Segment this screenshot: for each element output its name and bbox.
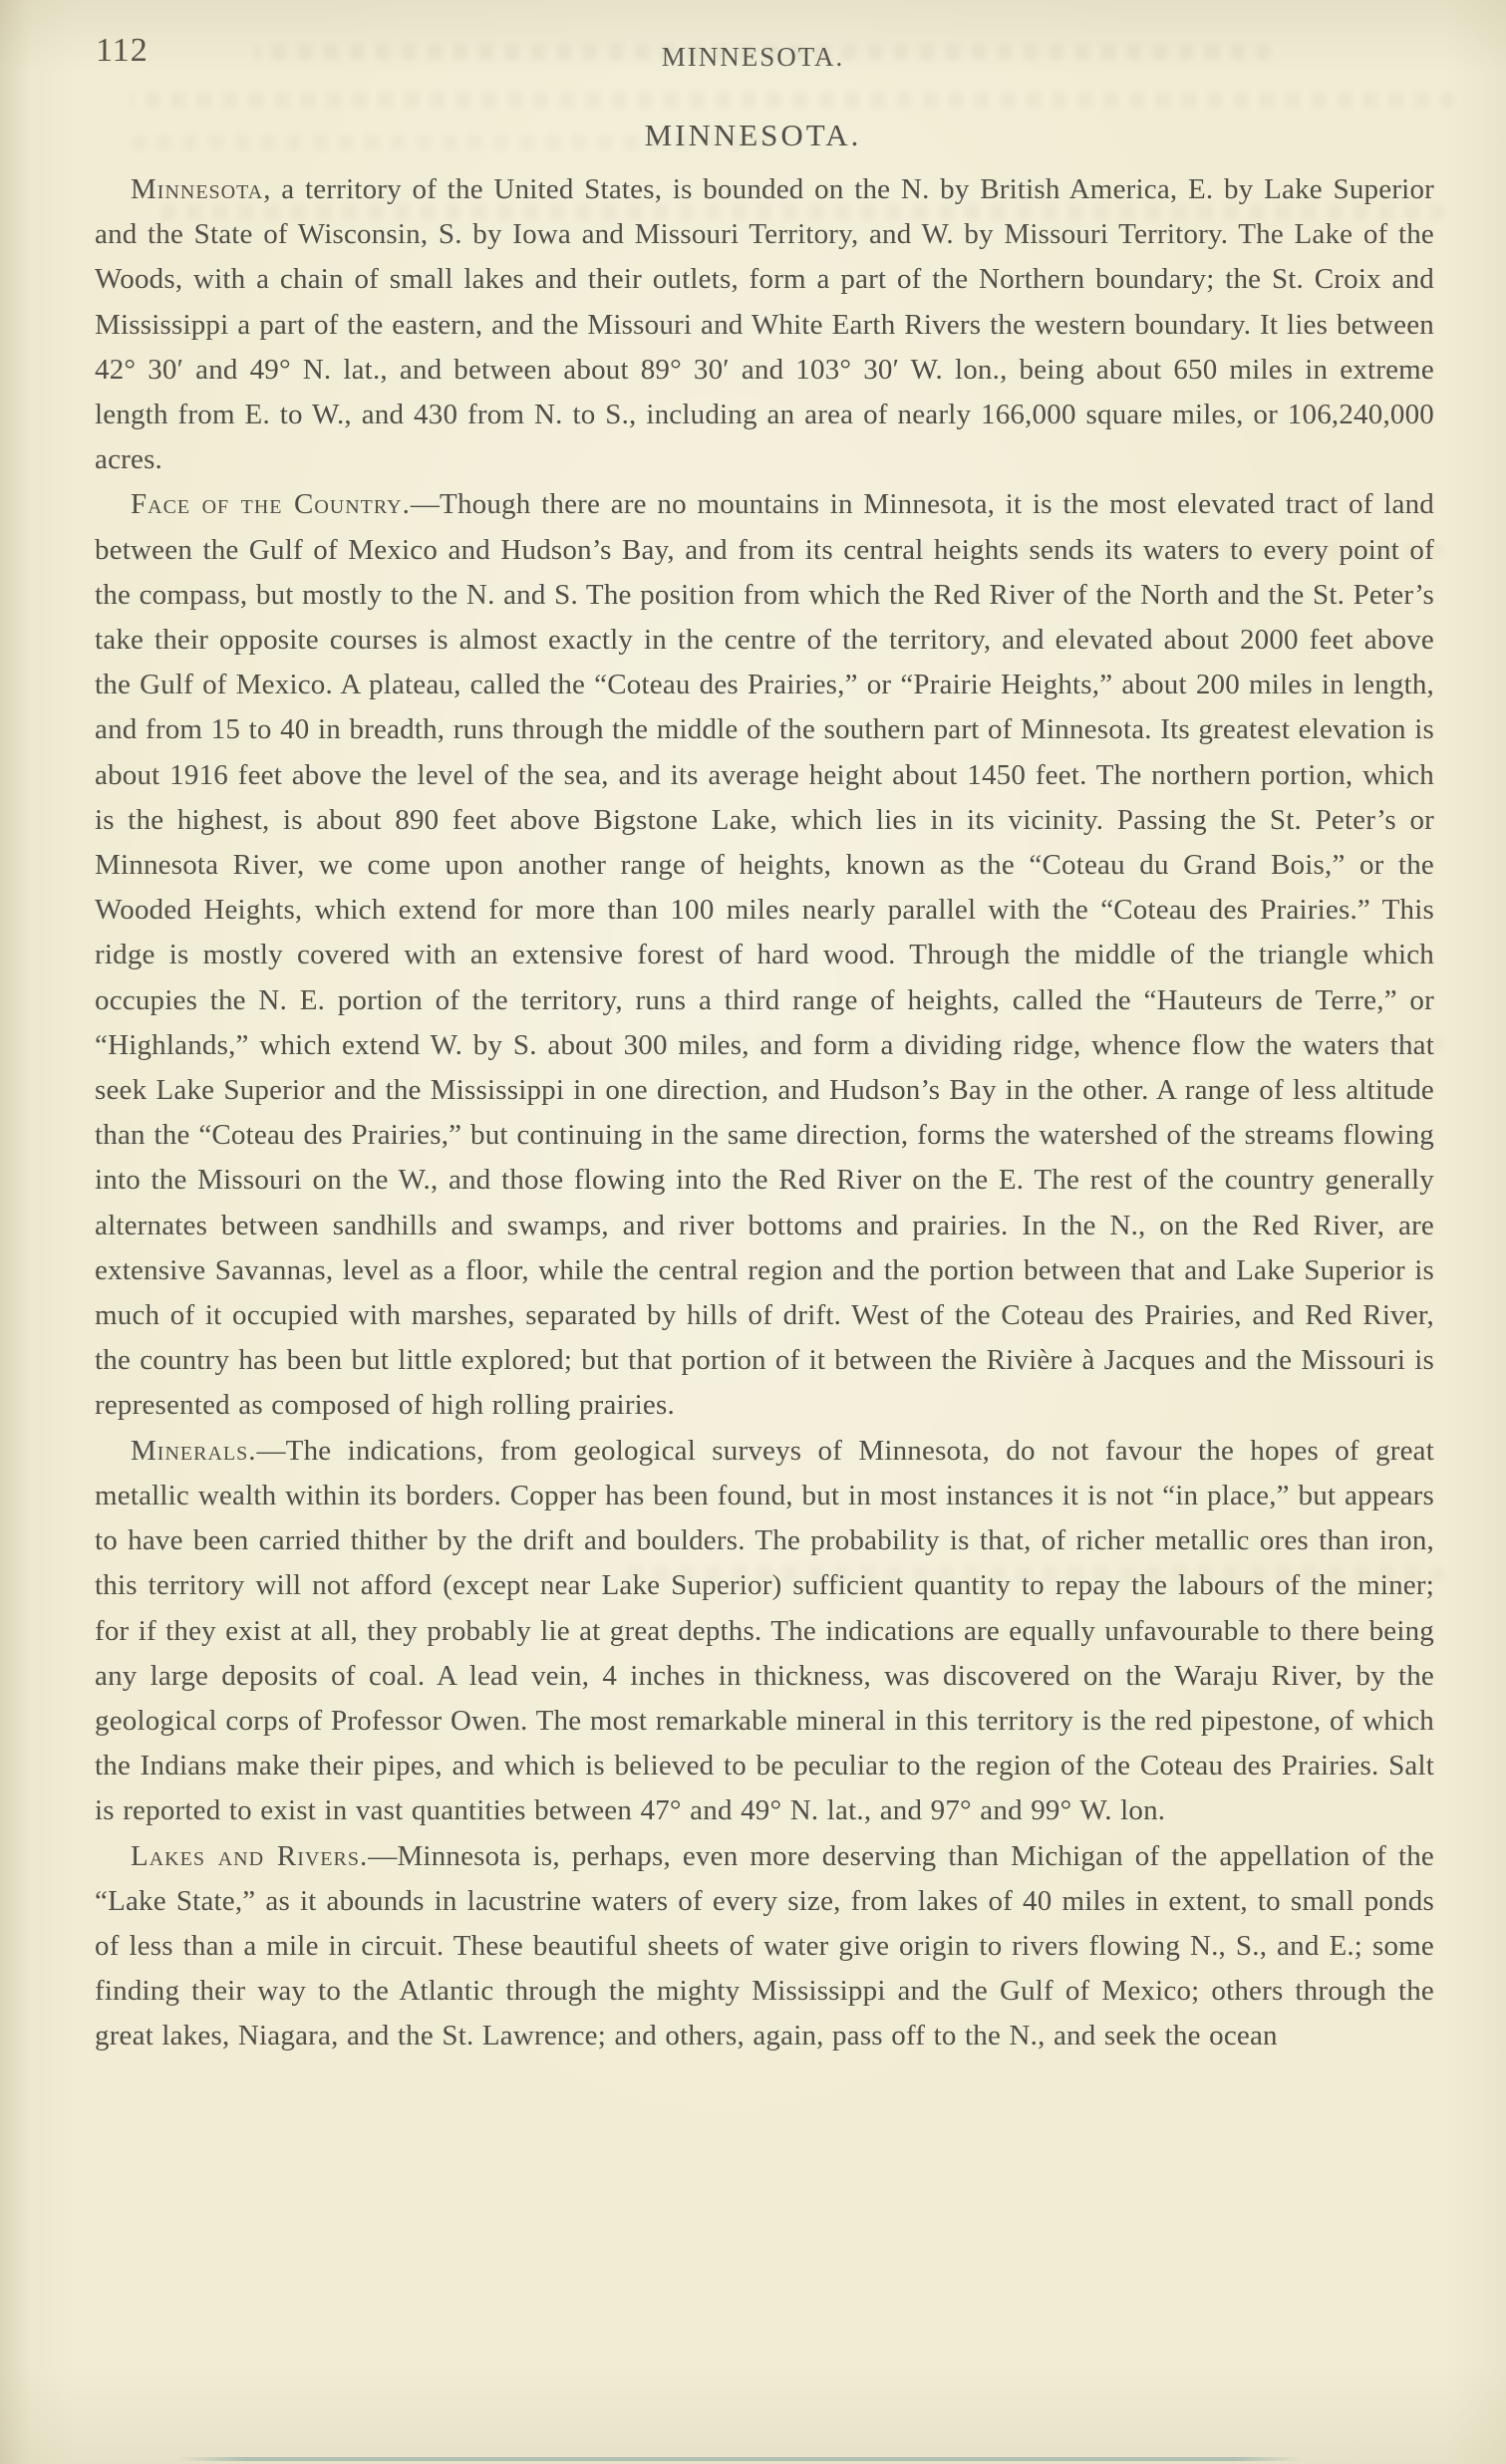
body-text: Minnesota, a territory of the United Sta… [95, 167, 1434, 2059]
paragraph-lead: Minnesota [131, 173, 263, 205]
paragraph-lead: Lakes and Rivers. [131, 1840, 368, 1872]
paragraph-text: —The indications, from geological survey… [95, 1435, 1434, 1827]
paragraph-lakes-rivers: Lakes and Rivers.—Minnesota is, perhaps,… [95, 1834, 1434, 2059]
page-title: MINNESOTA. [0, 118, 1506, 153]
paragraph-face-of-country: Face of the Country.—Though there are no… [95, 482, 1434, 1428]
paragraph-lead: Face of the Country. [131, 488, 411, 520]
bleedthrough-ghost-text [130, 92, 1455, 108]
paragraph-lead: Minerals. [131, 1435, 256, 1467]
paragraph-text: , a territory of the United States, is b… [95, 173, 1434, 475]
paragraph-minerals: Minerals.—The indications, from geologic… [95, 1429, 1434, 1834]
paragraph-text: —Though there are no mountains in Minnes… [95, 488, 1434, 1421]
running-head: MINNESOTA. [0, 42, 1506, 73]
paragraph-boundaries: Minnesota, a territory of the United Sta… [95, 167, 1434, 482]
page-edge-line [177, 2457, 1302, 2461]
